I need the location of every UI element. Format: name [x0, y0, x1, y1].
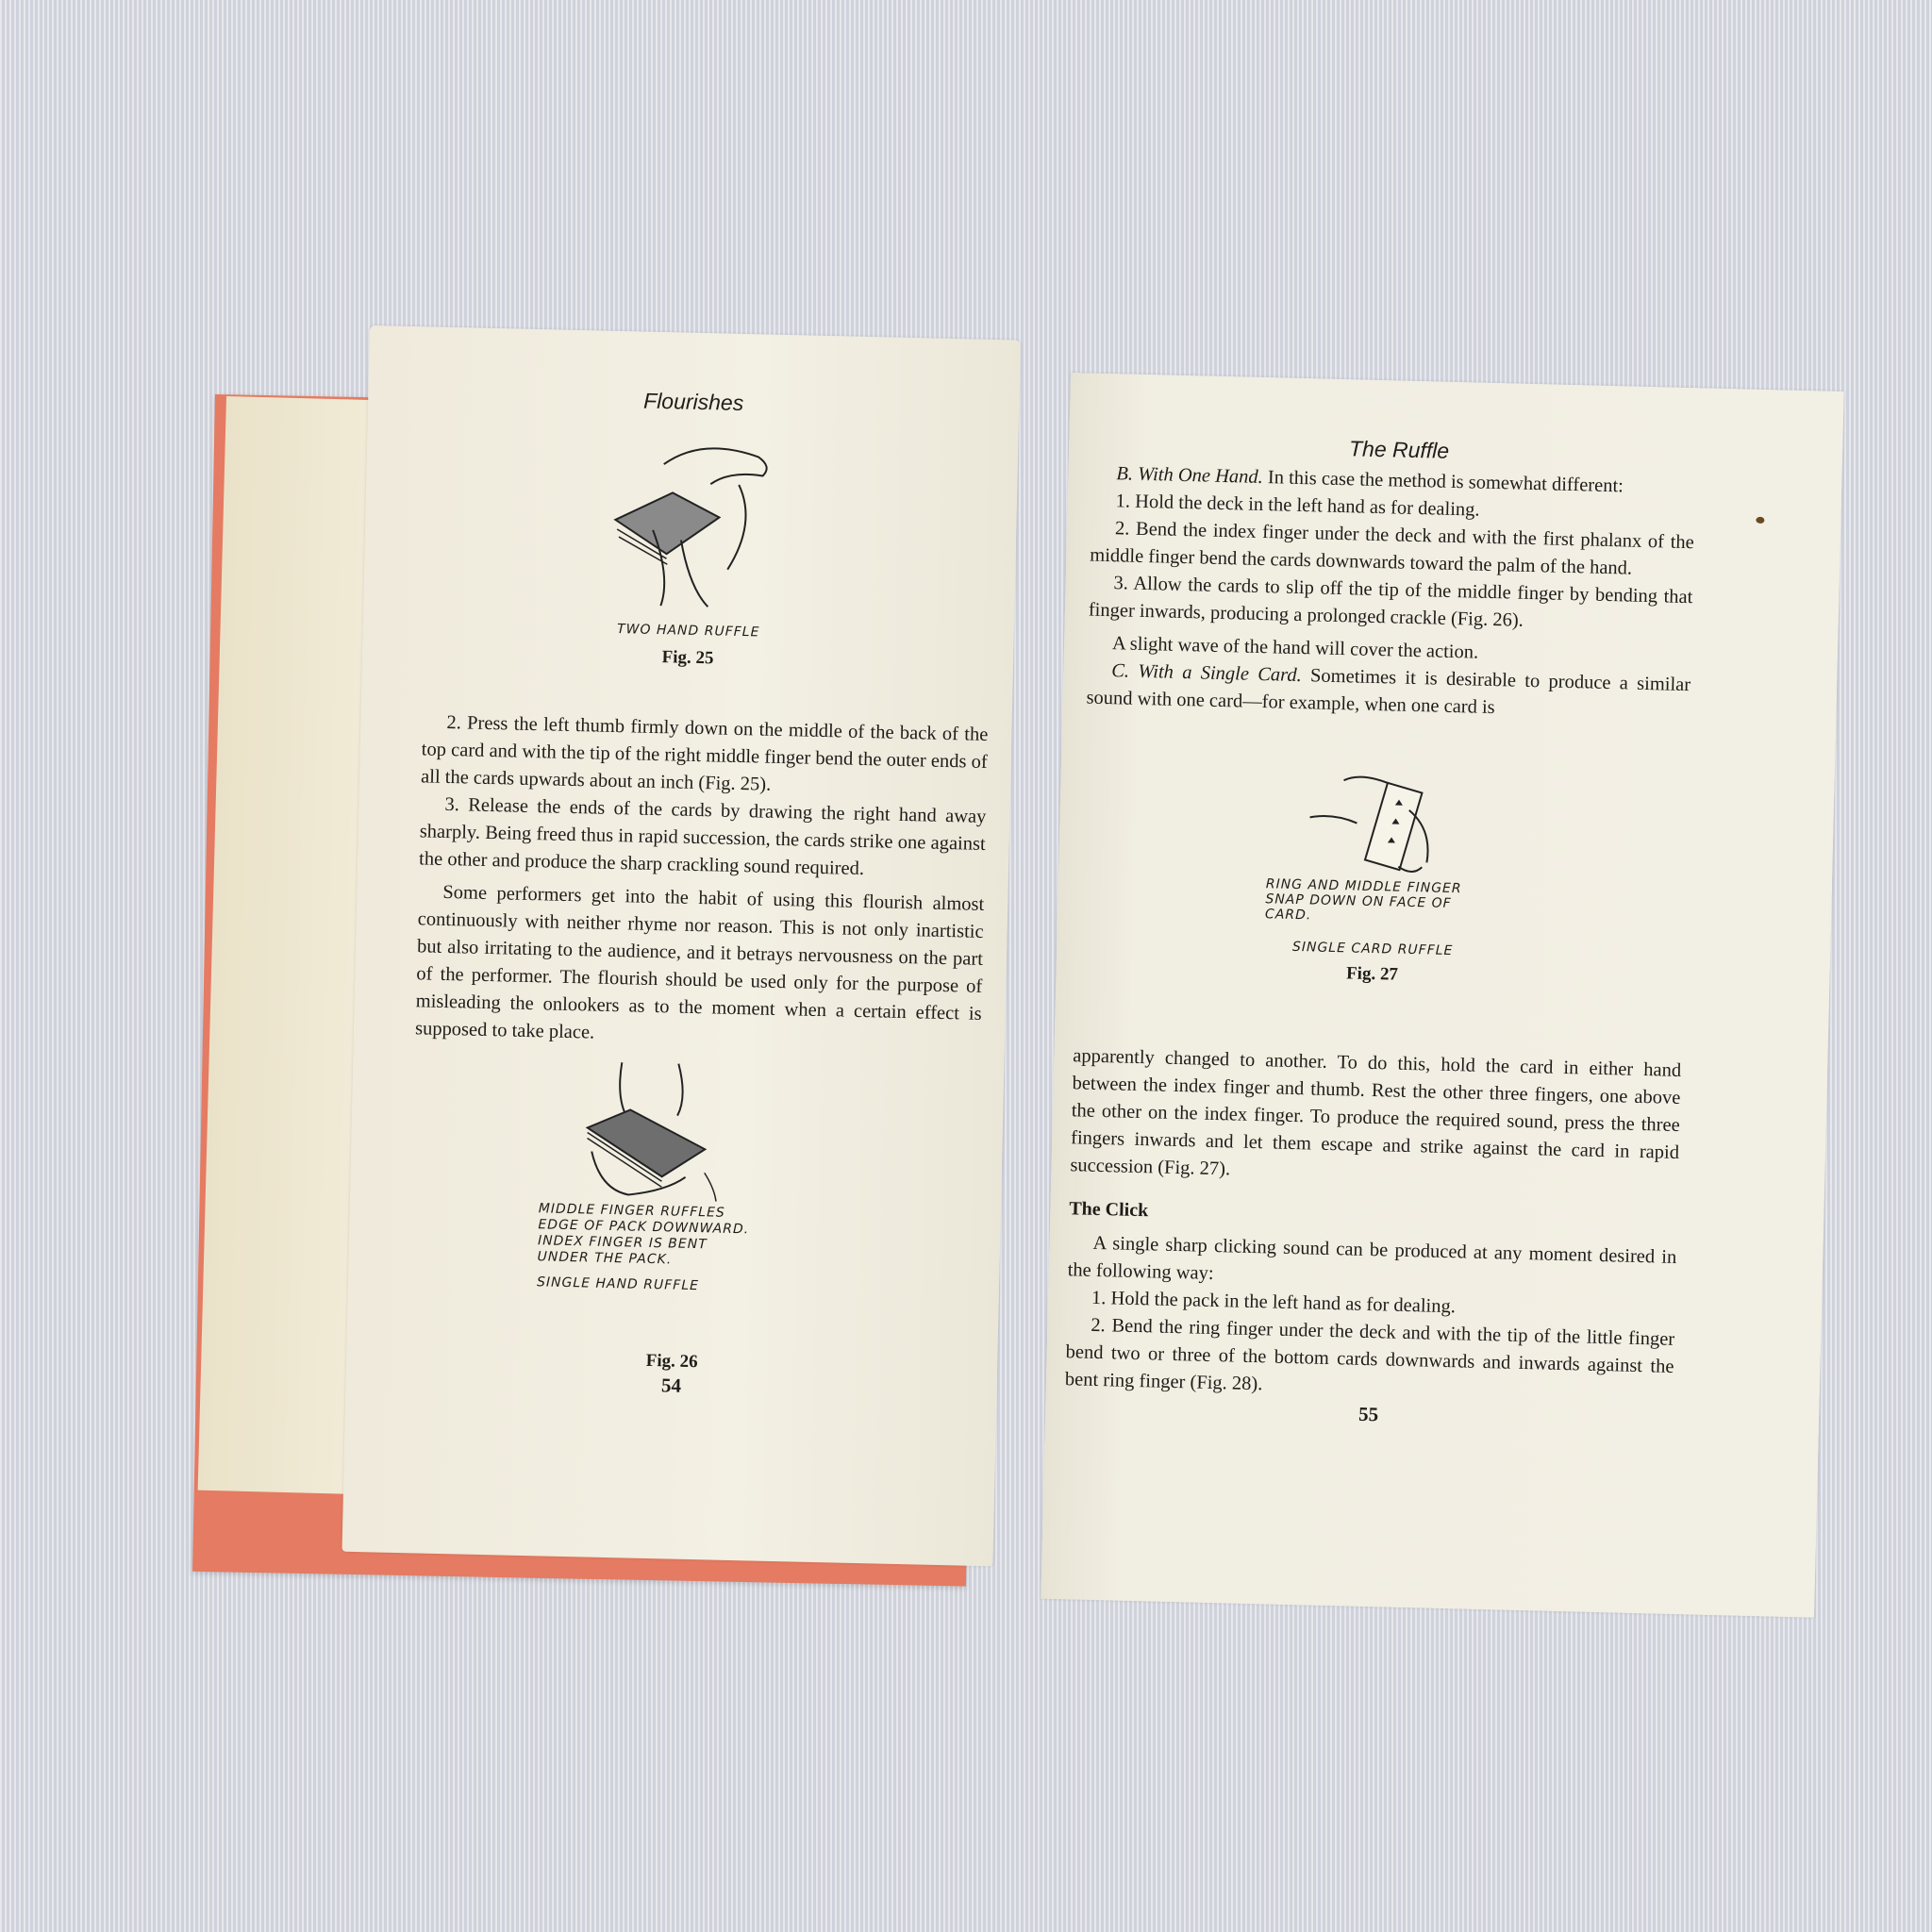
figure-27-note: RING AND MIDDLE FINGER SNAP DOWN ON FACE…: [1265, 876, 1483, 927]
figure-26: MIDDLE FINGER RUFFLES EDGE OF PACK DOWNW…: [537, 1056, 759, 1294]
single-card-ruffle-illustration: [1304, 770, 1448, 877]
left-body-text: 2. Press the left thumb firmly down on t…: [415, 708, 989, 1056]
section-b-label: B. With One Hand.: [1116, 463, 1263, 488]
right-page: The Ruffle B. With One Hand. In this cas…: [1041, 373, 1844, 1618]
right-body-text-top: B. With One Hand. In this case the metho…: [1086, 460, 1695, 727]
section-heading-click: The Click: [1069, 1198, 1677, 1235]
running-head-left: Flourishes: [368, 382, 1019, 423]
figure-27: RING AND MIDDLE FINGER SNAP DOWN ON FACE…: [1263, 769, 1485, 988]
figure-26-note: MIDDLE FINGER RUFFLES EDGE OF PACK DOWNW…: [537, 1201, 755, 1270]
figure-25-label: Fig. 25: [541, 644, 834, 672]
continuation-paragraph: apparently changed to another. To do thi…: [1070, 1042, 1681, 1194]
figure-26-caption: SINGLE HAND RUFFLE: [537, 1274, 754, 1294]
paragraph: 3. Release the ends of the cards by draw…: [419, 791, 987, 886]
figure-27-label: Fig. 27: [1263, 961, 1480, 988]
step: 2. Bend the ring finger under the deck a…: [1065, 1311, 1675, 1408]
single-hand-ruffle-illustration: [572, 1057, 725, 1202]
figure-25: TWO HAND RUFFLE Fig. 25: [541, 424, 840, 672]
left-page: Flourishes TWO HAND RUFFLE Fig. 25 2. Pr…: [342, 325, 1021, 1566]
paragraph: Some performers get into the habit of us…: [415, 878, 985, 1056]
figure-27-caption: SINGLE CARD RUFFLE: [1264, 939, 1481, 959]
two-hand-ruffle-illustration: [594, 425, 787, 618]
figure-25-caption: TWO HAND RUFFLE: [542, 620, 835, 641]
section-c-label: C. With a Single Card.: [1111, 660, 1302, 686]
paper-spot: [1756, 517, 1764, 524]
paragraph: 2. Press the left thumb firmly down on t…: [421, 708, 989, 804]
right-body-text-bottom: apparently changed to another. To do thi…: [1064, 1042, 1682, 1434]
